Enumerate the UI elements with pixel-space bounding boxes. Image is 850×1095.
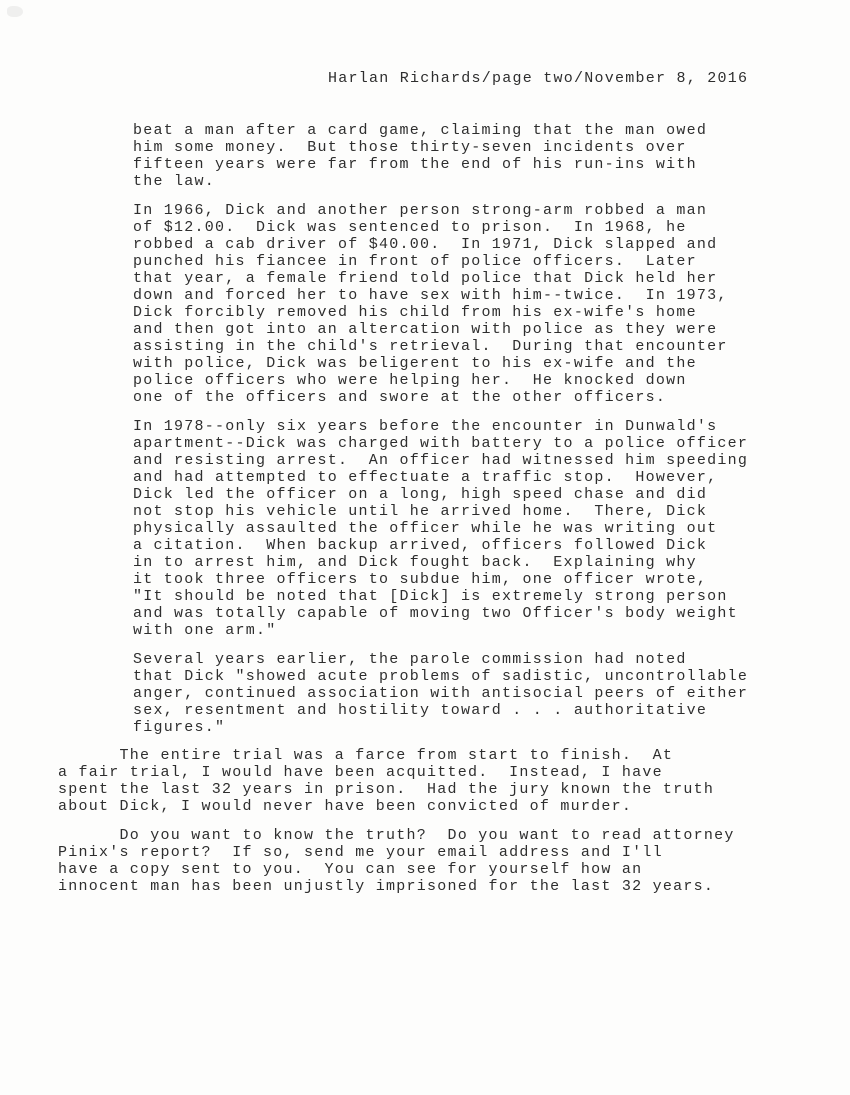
paragraph-know-the-truth: Do you want to know the truth? Do you wa… bbox=[58, 827, 798, 895]
paragraph-trial-farce: The entire trial was a farce from start … bbox=[58, 747, 798, 815]
scanned-letter-page: Harlan Richards/page two/November 8, 201… bbox=[0, 0, 850, 1095]
page-header: Harlan Richards/page two/November 8, 201… bbox=[328, 70, 748, 87]
closing-text-column: The entire trial was a farce from start … bbox=[58, 747, 798, 907]
paragraph-card-game-incidents: beat a man after a card game, claiming t… bbox=[133, 122, 793, 190]
main-text-column: beat a man after a card game, claiming t… bbox=[133, 122, 793, 748]
paragraph-parole-commission: Several years earlier, the parole commis… bbox=[133, 651, 793, 736]
scan-smudge bbox=[7, 6, 23, 17]
paragraph-1978-battery: In 1978--only six years before the encou… bbox=[133, 418, 793, 639]
paragraph-1966-1973-crimes: In 1966, Dick and another person strong-… bbox=[133, 202, 793, 406]
